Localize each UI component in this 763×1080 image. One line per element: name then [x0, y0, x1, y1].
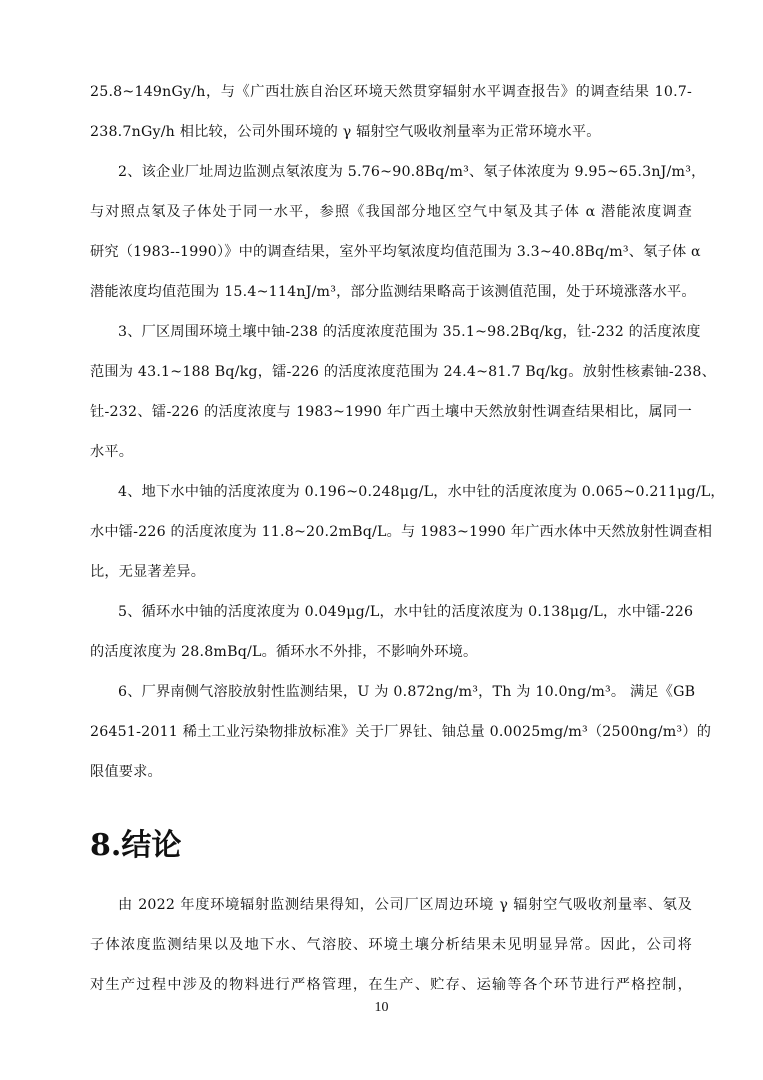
body-text-line: 5、循环水中铀的活度浓度为 0.049μg/L，水中钍的活度浓度为 0.138μ…: [118, 602, 692, 622]
document-page: 25.8~149nGy/h，与《广西壮族自治区环境天然贯穿辐射水平调查报告》的调…: [0, 0, 763, 1080]
body-text-line: 6、厂界南侧气溶胶放射性监测结果，U 为 0.872ng/m³，Th 为 10.…: [118, 682, 692, 702]
body-text-line: 2、该企业厂址周边监测点氡浓度为 5.76~90.8Bq/m³、氡子体浓度为 9…: [118, 162, 692, 182]
body-text-line: 3、厂区周围环境土壤中铀-238 的活度浓度范围为 35.1~98.2Bq/kg…: [118, 322, 692, 342]
body-text-line: 比，无显著差异。: [90, 562, 692, 582]
body-text-line: 由 2022 年度环境辐射监测结果得知，公司厂区周边环境 γ 辐射空气吸收剂量率…: [118, 895, 692, 915]
body-text-line: 子体浓度监测结果以及地下水、气溶胶、环境土壤分析结果未见明显异常。因此，公司将: [90, 935, 692, 955]
body-text-line: 与对照点氡及子体处于同一水平，参照《我国部分地区空气中氡及其子体 α 潜能浓度调…: [90, 202, 692, 222]
body-text-line: 水中镭-226 的活度浓度为 11.8~20.2mBq/L。与 1983~199…: [90, 522, 692, 542]
body-text-line: 25.8~149nGy/h，与《广西壮族自治区环境天然贯穿辐射水平调查报告》的调…: [90, 82, 692, 102]
body-text-line: 4、地下水中铀的活度浓度为 0.196~0.248μg/L，水中钍的活度浓度为 …: [118, 482, 692, 502]
body-text-line: 研究（1983--1990）》中的调查结果，室外平均氡浓度均值范围为 3.3~4…: [90, 242, 692, 262]
body-text-line: 238.7nGy/h 相比较，公司外围环境的 γ 辐射空气吸收剂量率为正常环境水…: [90, 122, 692, 142]
body-text-line: 范围为 43.1~188 Bq/kg，镭-226 的活度浓度范围为 24.4~8…: [90, 362, 692, 382]
body-text-line: 潜能浓度均值范围为 15.4~114nJ/m³，部分监测结果略高于该测值范围，处…: [90, 282, 692, 302]
body-text-line: 水平。: [90, 442, 692, 462]
body-text-line: 钍-232、镭-226 的活度浓度与 1983~1990 年广西土壤中天然放射性…: [90, 402, 692, 422]
body-text-line: 对生产过程中涉及的物料进行严格管理，在生产、贮存、运输等各个环节进行严格控制，: [90, 975, 692, 995]
page-number: 10: [0, 1000, 763, 1016]
body-text-line: 限值要求。: [90, 762, 692, 782]
section-heading: 8.结论: [90, 820, 181, 864]
body-text-line: 的活度浓度为 28.8mBq/L。循环水不外排，不影响外环境。: [90, 642, 692, 662]
body-text-line: 26451-2011 稀土工业污染物排放标准》关于厂界钍、铀总量 0.0025m…: [90, 722, 692, 742]
